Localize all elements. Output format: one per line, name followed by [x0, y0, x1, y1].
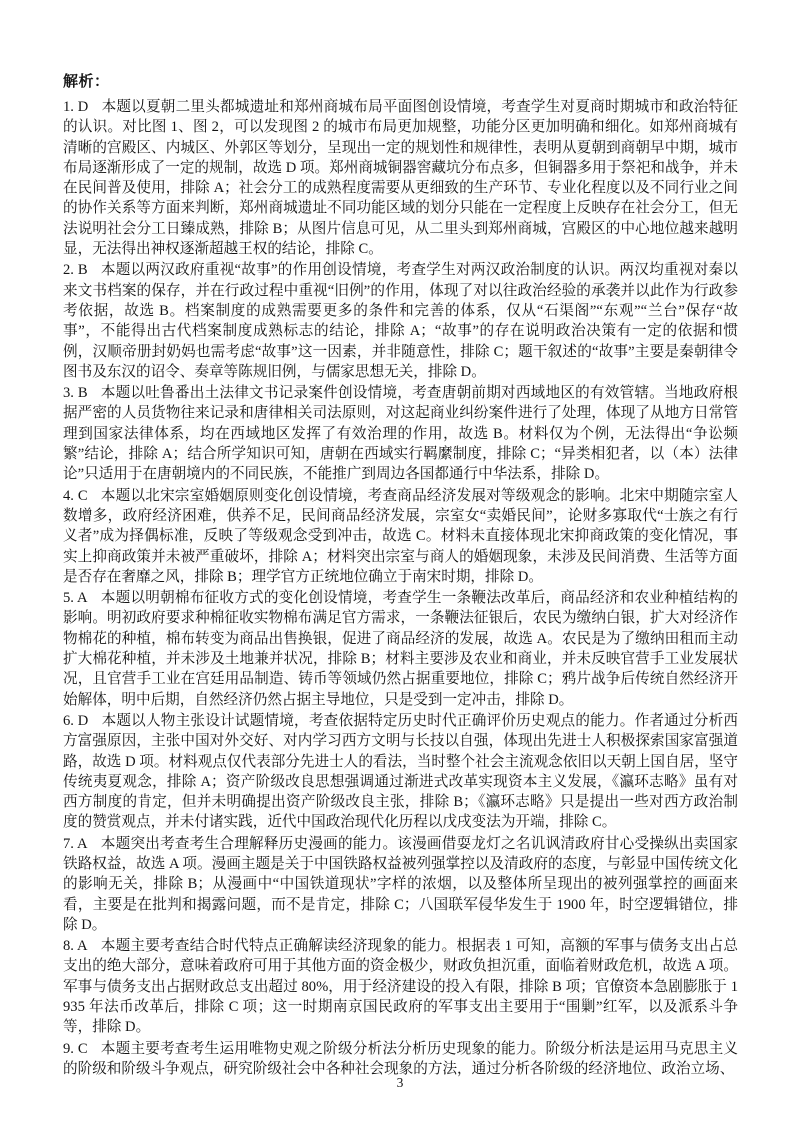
item-explanation-text: 本题突出考查考生合理解释历史漫画的能力。该漫画借耍龙灯之名讥讽清政府甘心受操纵出…: [63, 836, 738, 933]
analysis-item: 8. A本题主要考查结合时代特点正确解读经济现象的能力。根据表 1 可知，高额的…: [63, 936, 738, 1037]
analysis-heading: 解析：: [63, 72, 738, 92]
item-answer-label: 9. C: [63, 1041, 88, 1057]
item-answer-label: 2. B: [63, 262, 88, 278]
item-answer-label: 4. C: [63, 488, 88, 504]
analysis-item: 2. B本题以两汉政府重视“故事”的作用创设情境，考查学生对两汉政治制度的认识。…: [63, 260, 738, 382]
analysis-item: 1. D本题以夏朝二里头都城遗址和郑州商城布局平面图创设情境，考查学生对夏商时期…: [63, 97, 738, 259]
item-answer-label: 8. A: [63, 938, 88, 954]
item-answer-label: 7. A: [63, 836, 88, 852]
analysis-item: 4. C本题以北宋宗室婚姻原则变化创设情境，考查商品经济发展对等级观念的影响。北…: [63, 486, 738, 587]
document-page: 解析： 1. D本题以夏朝二里头都城遗址和郑州商城布局平面图创设情境，考查学生对…: [0, 0, 800, 1131]
item-explanation-text: 本题主要考查结合时代特点正确解读经济现象的能力。根据表 1 可知，高额的军事与债…: [63, 938, 738, 1035]
item-explanation-text: 本题以明朝棉布征收方式的变化创设情境，考查学生一条鞭法改革后，商品经济和农业种植…: [63, 590, 738, 707]
item-explanation-text: 本题以夏朝二里头都城遗址和郑州商城布局平面图创设情境，考查学生对夏商时期城市和政…: [63, 99, 738, 257]
item-answer-label: 3. B: [63, 385, 88, 401]
item-explanation-text: 本题以北宋宗室婚姻原则变化创设情境，考查商品经济发展对等级观念的影响。北宋中期随…: [63, 488, 738, 585]
item-explanation-text: 本题主要考查考生运用唯物史观之阶级分析法分析历史现象的能力。阶级分析法是运用马克…: [63, 1041, 738, 1077]
item-answer-label: 5. A: [63, 590, 88, 606]
analysis-item: 5. A本题以明朝棉布征收方式的变化创设情境，考查学生一条鞭法改革后，商品经济和…: [63, 588, 738, 710]
analysis-item: 3. B本题以吐鲁番出土法律文书记录案件创设情境，考查唐朝前期对西域地区的有效管…: [63, 383, 738, 484]
item-explanation-text: 本题以两汉政府重视“故事”的作用创设情境，考查学生对两汉政治制度的认识。两汉均重…: [63, 262, 738, 379]
page-number: 3: [0, 1074, 800, 1092]
analysis-item: 7. A本题突出考查考生合理解释历史漫画的能力。该漫画借耍龙灯之名讥讽清政府甘心…: [63, 834, 738, 935]
item-explanation-text: 本题以吐鲁番出土法律文书记录案件创设情境，考查唐朝前期对西域地区的有效管辖。当地…: [63, 385, 738, 482]
page-content: 解析： 1. D本题以夏朝二里头都城遗址和郑州商城布局平面图创设情境，考查学生对…: [63, 72, 738, 1080]
item-answer-label: 1. D: [63, 99, 88, 115]
item-explanation-text: 本题以人物主张设计试题情境，考查依据特定历史时代正确评价历史观点的能力。作者通过…: [63, 713, 738, 830]
item-answer-label: 6. D: [63, 713, 88, 729]
analysis-item: 6. D本题以人物主张设计试题情境，考查依据特定历史时代正确评价历史观点的能力。…: [63, 711, 738, 833]
analysis-list: 1. D本题以夏朝二里头都城遗址和郑州商城布局平面图创设情境，考查学生对夏商时期…: [63, 97, 738, 1079]
